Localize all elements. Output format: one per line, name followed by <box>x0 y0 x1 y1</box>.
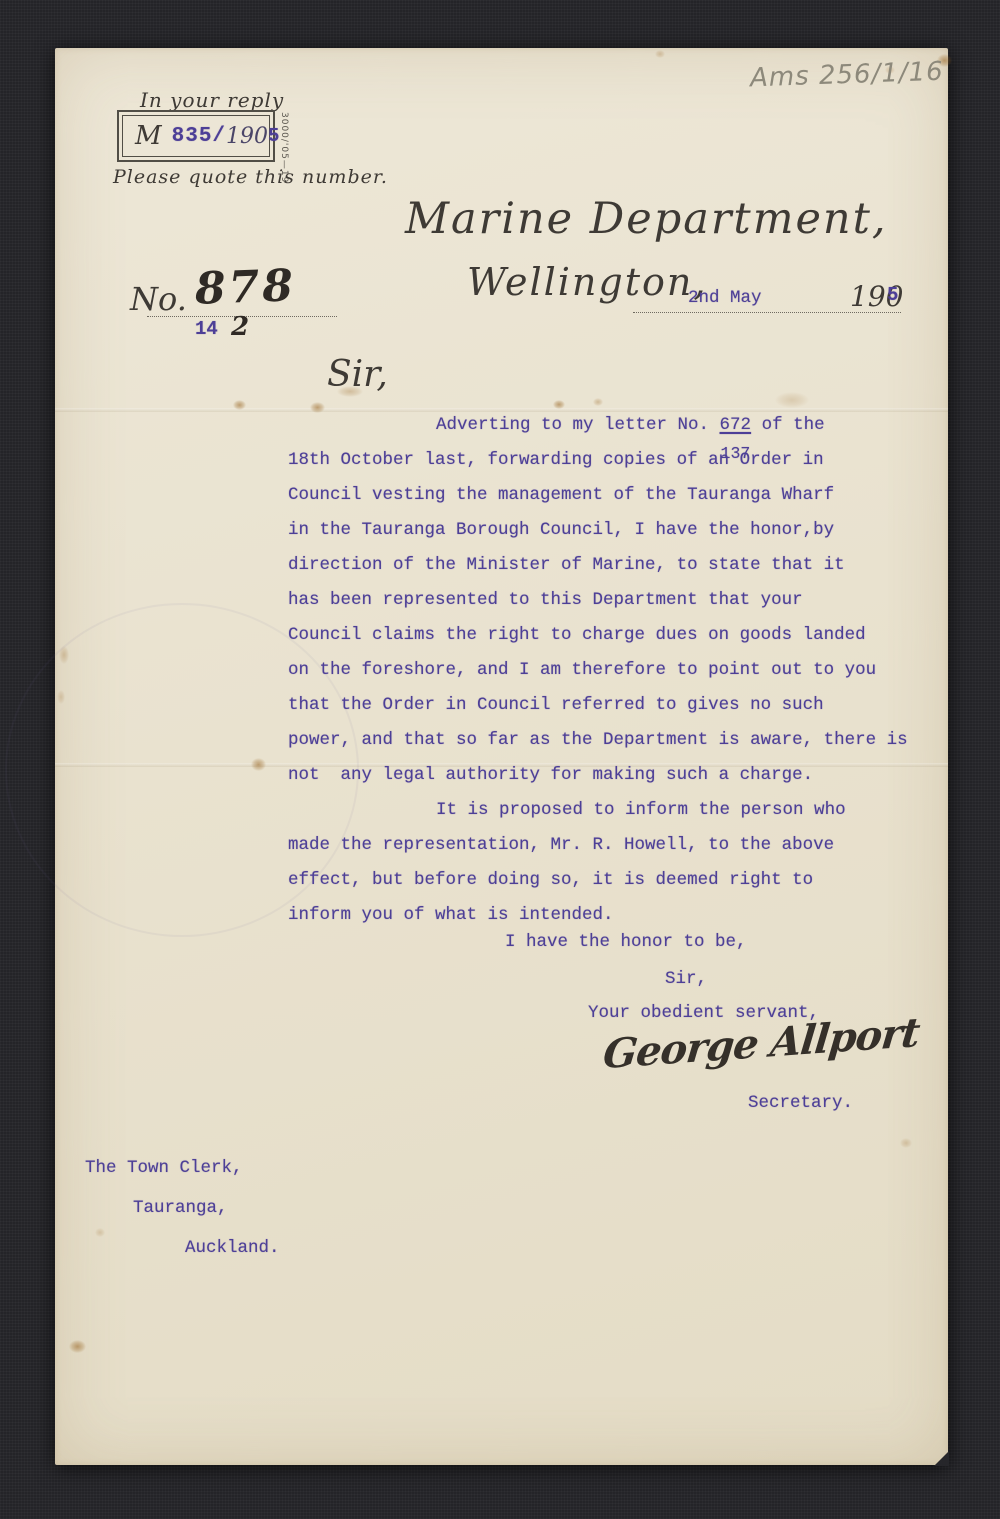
archive-reference-note: Ams 256/1/16 <box>750 57 945 94</box>
reply-year-typed: 5 <box>268 125 279 147</box>
recipient-town: Tauranga, <box>133 1198 228 1218</box>
stain-spot <box>775 392 809 408</box>
stain-spot <box>233 400 246 410</box>
body-line: 18th October last, forwarding copies of … <box>288 443 943 478</box>
body-line: Adverting to my letter No. 672137 of the <box>288 408 943 443</box>
stain-spot <box>69 1340 86 1353</box>
file-number-value: 878 <box>194 260 297 314</box>
file-number-sub-written: 2 <box>231 312 249 342</box>
stain-spot <box>95 1228 105 1237</box>
body-line: effect, but before doing so, it is deeme… <box>288 863 943 898</box>
body-line: not any legal authority for making such … <box>288 758 943 793</box>
salutation: Sir, <box>327 354 388 395</box>
body-line: direction of the Minister of Marine, to … <box>288 548 943 583</box>
letter-year-typed: 5 <box>887 284 898 306</box>
body-line: Council vesting the management of the Ta… <box>288 478 943 513</box>
reply-number: 835/ <box>172 125 226 148</box>
letterhead-department: Marine Department, <box>405 194 888 244</box>
reply-year-printed: 190 <box>226 124 268 149</box>
letter-page: In your reply M 835/ 190 5 3000/'05—19 P… <box>55 48 948 1465</box>
letter-ref-subnumber: 137 <box>721 436 751 471</box>
body-line: It is proposed to inform the person who <box>288 793 943 828</box>
stain-spot <box>251 758 266 771</box>
reply-number-box: M 835/ 190 5 <box>117 110 275 162</box>
stain-spot <box>593 398 603 406</box>
body-line: that the Order in Council referred to gi… <box>288 688 943 723</box>
recipient-name: The Town Clerk, <box>85 1158 243 1178</box>
stain-spot <box>900 1138 912 1148</box>
body-line: has been represented to this Department … <box>288 583 943 618</box>
letter-body: Adverting to my letter No. 672137 of the… <box>288 408 943 933</box>
stain-spot <box>59 646 69 664</box>
reply-number-box-inner: M 835/ 190 5 <box>122 115 270 157</box>
recipient-region: Auckland. <box>185 1238 280 1258</box>
reply-stamp-top-label: In your reply <box>140 88 284 112</box>
letter-ref-number: 672 <box>720 415 752 435</box>
body-line1-suffix: of the <box>751 415 825 435</box>
series-letter: M <box>135 121 162 151</box>
stain-spot <box>655 50 665 58</box>
signer-title: Secretary. <box>748 1093 853 1113</box>
letter-date: 2nd May <box>688 288 762 308</box>
closing-line-1: I have the honor to be, <box>505 932 747 952</box>
body-line: made the representation, Mr. R. Howell, … <box>288 828 943 863</box>
stain-spot <box>57 690 65 704</box>
file-number-sub-stamped: 14 <box>195 318 218 340</box>
photo-mount-background: In your reply M 835/ 190 5 3000/'05—19 P… <box>0 0 1000 1519</box>
body-line: Council claims the right to charge dues … <box>288 618 943 653</box>
body-line: on the foreshore, and I am therefore to … <box>288 653 943 688</box>
body-line1-prefix: Adverting to my letter No. <box>436 415 720 435</box>
letter-ref-wrap: 672137 <box>720 415 752 435</box>
body-line: power, and that so far as the Department… <box>288 723 943 758</box>
reply-stamp-bottom-label: Please quote this number. <box>113 166 388 188</box>
folded-corner <box>934 1451 949 1466</box>
body-line: in the Tauranga Borough Council, I have … <box>288 513 943 548</box>
body-line: inform you of what is intended. <box>288 898 943 933</box>
closing-line-2: Sir, <box>665 969 707 989</box>
